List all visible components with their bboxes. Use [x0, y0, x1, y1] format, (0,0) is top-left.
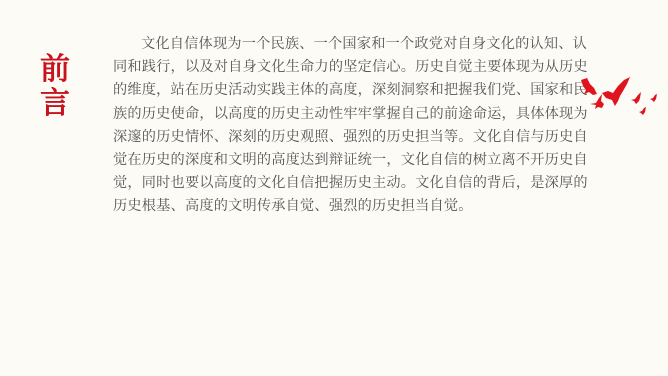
- paragraph-line: 历史根基、高度的文明传承自觉、强烈的历史担当自觉。: [113, 195, 563, 218]
- paragraph-line: 深邃的历史情怀、深刻的历史观照、强烈的历史担当等。文化自信与历史自: [113, 126, 563, 149]
- paragraph-line: 同和践行，以及对自身文化生命力的坚定信心。历史自觉主要体现为从历史: [113, 56, 563, 79]
- flying-birds-icon: [578, 74, 662, 126]
- preface-paragraph: 文化自信体现为一个民族、一个国家和一个政党对自身文化的认知、认 同和践行，以及对…: [113, 33, 563, 219]
- title-char-1: 前: [38, 53, 72, 87]
- paragraph-line: 文化自信体现为一个民族、一个国家和一个政党对自身文化的认知、认: [113, 33, 563, 56]
- paragraph-line: 觉，同时也要以高度的文化自信把握历史主动。文化自信的背后，是深厚的: [113, 172, 563, 195]
- paragraph-line: 觉在历史的深度和文明的高度达到辩证统一，文化自信的树立离不开历史自: [113, 149, 563, 172]
- slide: 前 言 文化自信体现为一个民族、一个国家和一个政党对自身文化的认知、认 同和践行…: [0, 0, 668, 376]
- paragraph-line: 的维度，站在历史活动实践主体的高度，深刻洞察和把握我们党、国家和民: [113, 79, 563, 102]
- page-title: 前 言: [38, 53, 72, 121]
- title-char-2: 言: [38, 87, 72, 121]
- paragraph-line: 族的历史使命，以高度的历史主动性牢牢掌握自己的前途命运，具体体现为: [113, 103, 563, 126]
